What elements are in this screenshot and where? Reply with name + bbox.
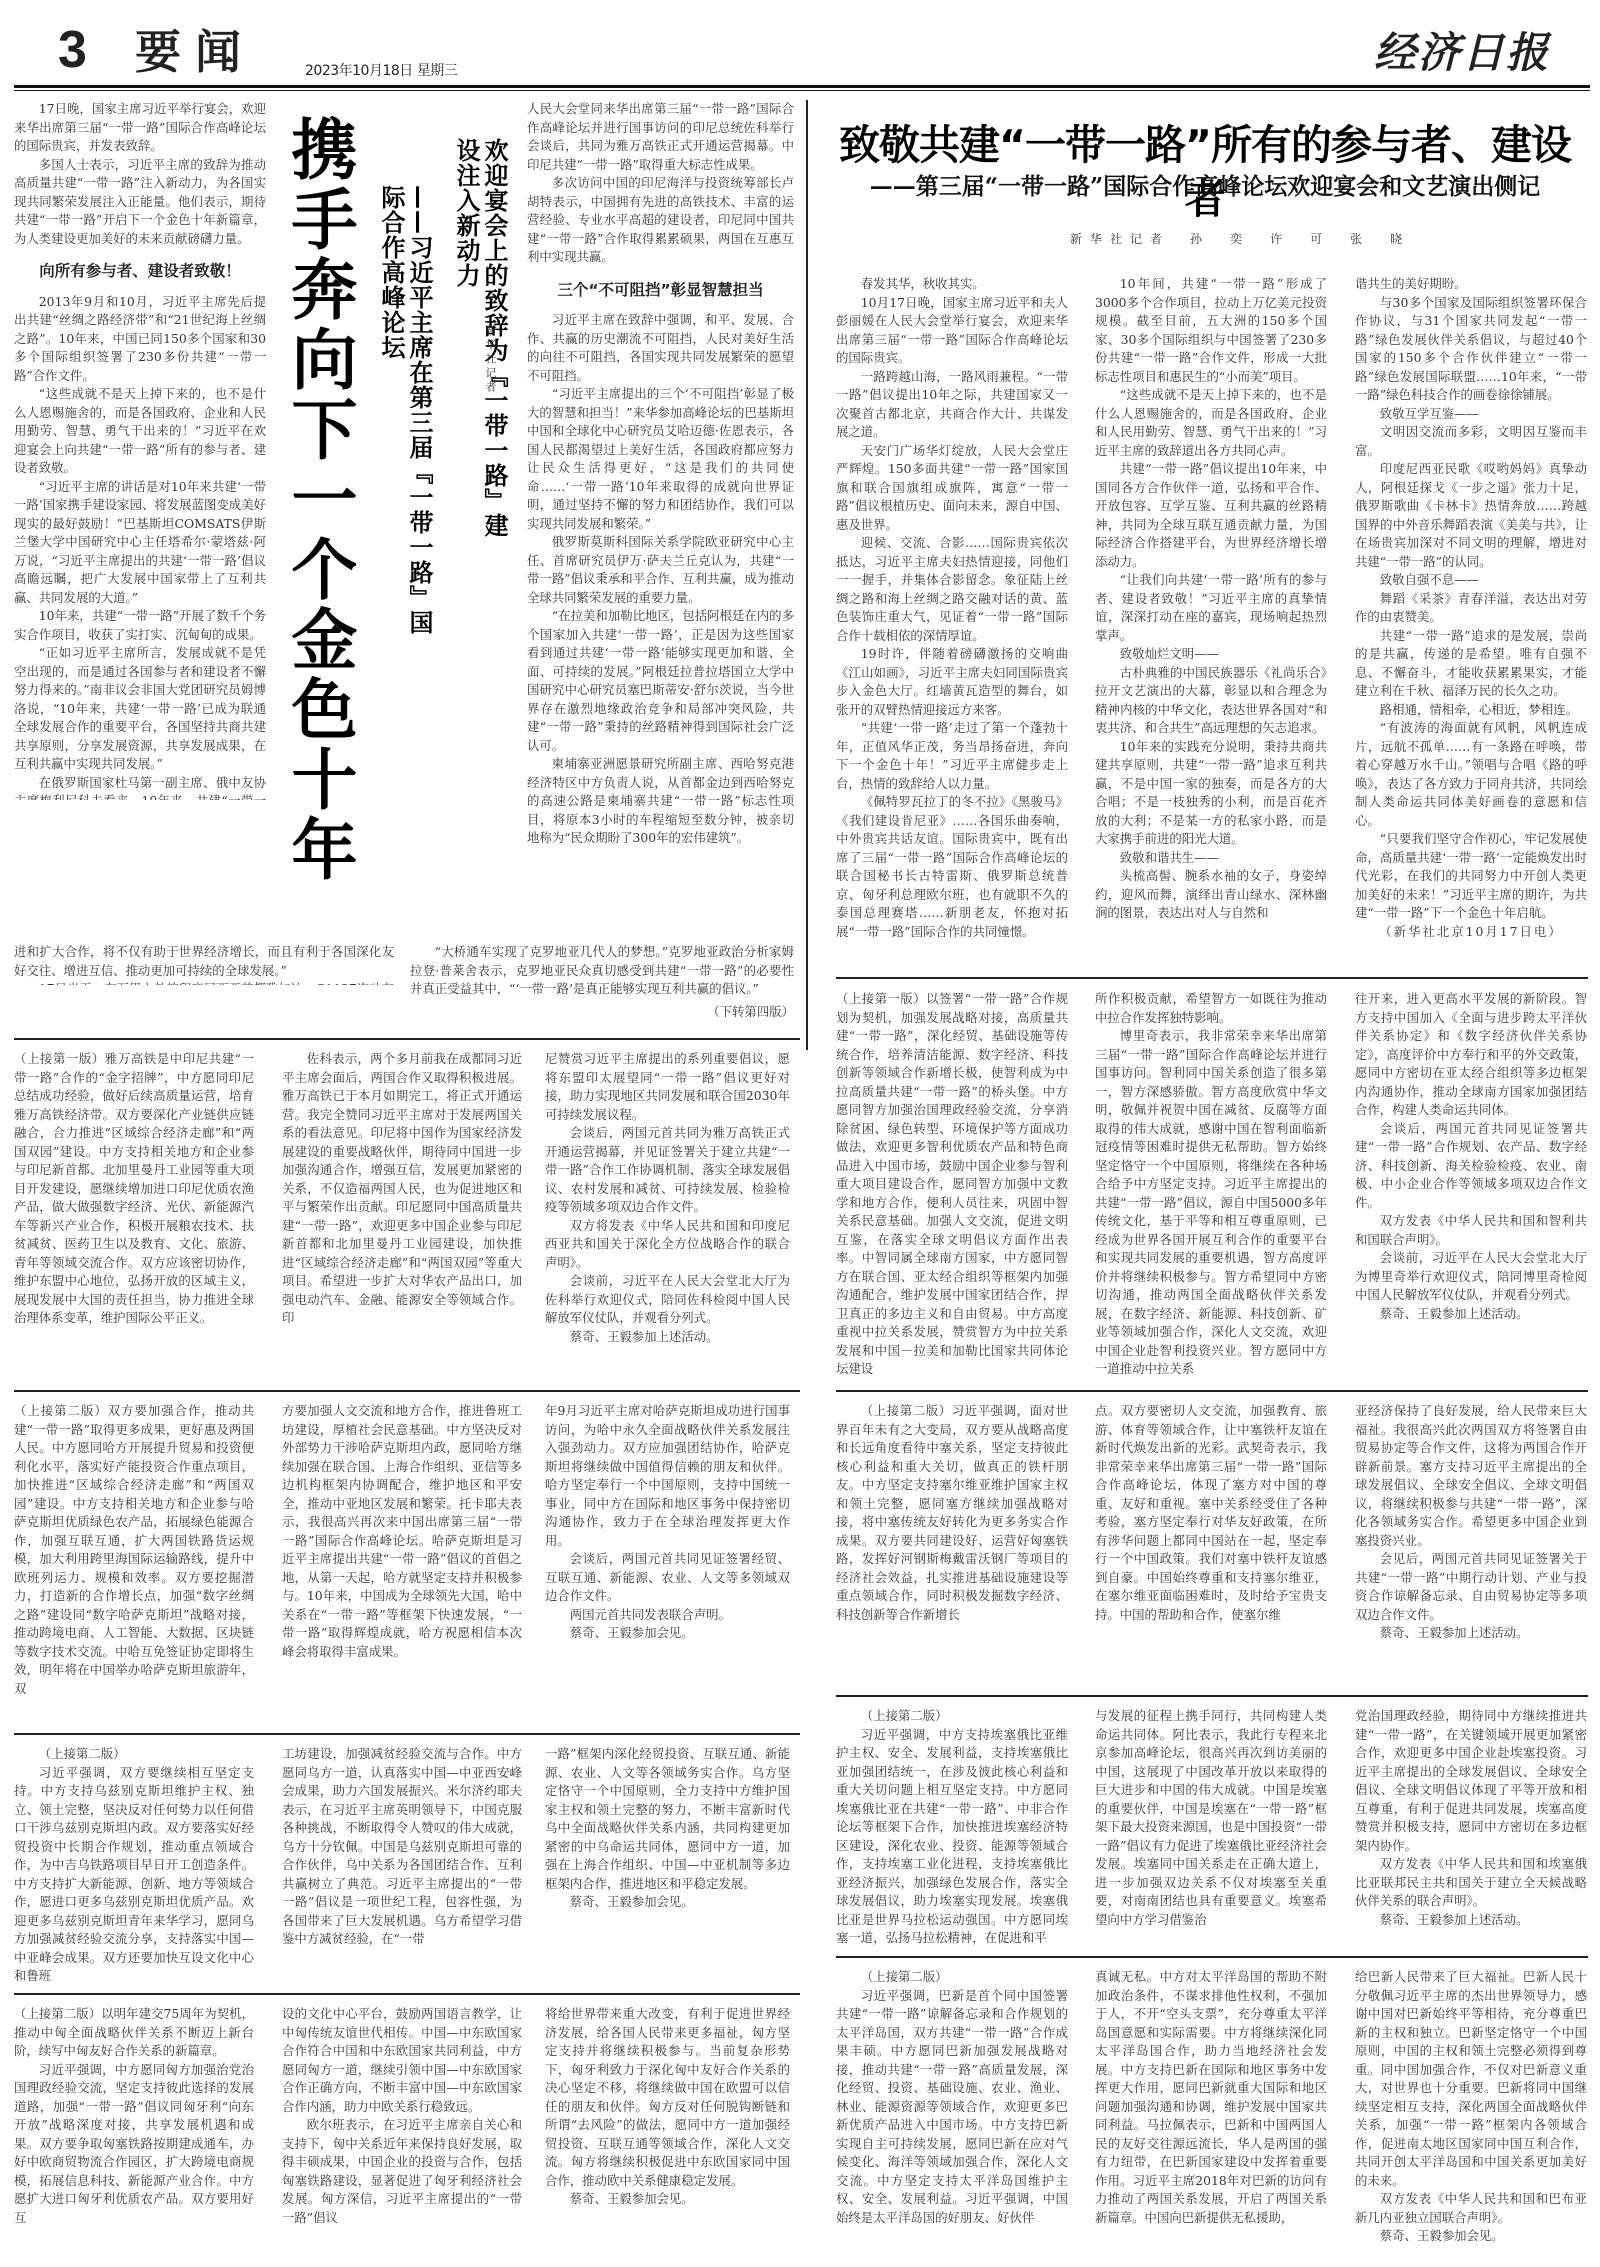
paragraph: 人民大会堂同来华出席第三届“一带一路”国际合作高峰论坛并进行国事访问的印尼总统佐… — [527, 100, 794, 174]
vertical-subheadline-2: ——习近平主席在第三届『一带一路』国际合作高峰论坛 — [377, 185, 433, 645]
issue-date: 2023年10月18日 星期三 — [305, 60, 457, 80]
paragraph: 年9月习近平主席对哈萨克斯坦成功进行国事访问，为哈中永久全面战略伙伴关系发展注入… — [545, 1402, 790, 1550]
paragraph: 会谈前，习近平在人民大会堂北大厅为博里奇举行欢迎仪式，陪同博里奇检阅中国人民解放… — [1355, 1249, 1587, 1305]
paragraph: 会谈后，两国元首共同为雅万高铁正式开通运营揭幕，并见证签署关于建立共建“一带一路… — [545, 1124, 790, 1217]
paragraph: “正如习近平主席所言，发展成就不是凭空出现的，而是通过各国参与者和建设者不懈努力… — [14, 644, 266, 774]
paragraph: “在拉美和加勒比地区，包括阿根廷在内的多个国家加入共建‘一带一路’，正是因为这些… — [527, 607, 794, 755]
subhead-salute: 向所有参与者、建设者致敬！ — [14, 262, 266, 281]
paragraph: 致敬灿烂文明—— — [1095, 645, 1327, 664]
cont-kazakhstan-col3: 年9月习近平主席对哈萨克斯坦成功进行国事访问，为哈中永久全面战略伙伴关系发展注入… — [545, 1402, 790, 1727]
paragraph: 17日晚，国家主席习近平举行宴会，欢迎来华出席第三届“一带一路”国际合作高峰论坛… — [14, 100, 266, 156]
right-article-col2: 10年间，共建“一带一路”形成了3000多个合作项目，拉动上万亿美元投资规模。截… — [1095, 275, 1327, 975]
paragraph: 习近平强调，中方愿同匈方加强治党治国理政经验交流，坚定支持彼此选择的发展道路，加… — [14, 2061, 254, 2228]
divider-right-2 — [836, 1390, 1588, 1392]
paragraph: （上接第二版）双方要加强合作，推动共建“一带一路”取得更多成果，更好惠及两国人民… — [14, 1402, 254, 1698]
cont-hungary-col2: 设的文化中心平台，鼓励两国语言教学，让中匈传统友谊世代相传。中国—中东欧国家合作… — [282, 2005, 522, 2263]
continued-from-label: （上接第二版） — [14, 1745, 254, 1764]
paragraph: 致敬和谐共生—— — [1095, 849, 1327, 868]
paragraph: 给巴新人民带来了巨大福祉。巴新人民十分敬佩习近平主席的杰出世界领导力，感谢中国对… — [1355, 1968, 1587, 2190]
paragraph: 习近平强调，中方支持埃塞俄比亚维护主权、安全、发展利益，支持埃塞俄比亚加强团结统… — [836, 1726, 1068, 1948]
paragraph: 党治国理政经验，期待同中方继续推进共建“一带一路”，在关键领域开展更加紧密合作，… — [1355, 1707, 1587, 1855]
paragraph: 欧尔班表示，在习近平主席亲自关心和支持下，匈中关系近年来保持良好发展，取得丰硕成… — [282, 2116, 522, 2227]
paragraph: 致敬自强不息—— — [1355, 571, 1587, 590]
paragraph: 工坊建设，加强减贫经验交流与合作。中方愿同乌方一道，认真落实中国—中亚西安峰会成… — [282, 1745, 522, 1949]
paragraph: 致敬互学互鉴—— — [1355, 405, 1587, 424]
paragraph: 一路”框架内深化经贸投资、互联互通、新能源、农业、人文等各领域务实合作。乌方坚定… — [545, 1745, 790, 1893]
paragraph: （上接第二版）以明年建交75周年为契机，推动中匈全面战略伙伴关系不断迈上新台阶，… — [14, 2005, 254, 2061]
cont-ethiopia-col2: 与发展的征程上携手同行，共同构建人类命运共同体。阿比表示，我此行专程来北京参加高… — [1095, 1707, 1327, 1952]
paragraph: “习近平主席提出的三个‘不可阻挡’彰显了极大的智慧和担当！”来华参加高峰论坛的巴… — [527, 385, 794, 533]
paragraph: “这些成就不是天上掉下来的，也不是什么人恩赐施舍的，而是各国政府、企业和人民用勤… — [1095, 386, 1327, 460]
paragraph: 与30多个国家及国际组织签署环保合作协议，与31个国家共同发起“一带一路”绿色发… — [1355, 294, 1587, 405]
cont-hungary-col3: 将给世界带来重大改变，有利于促进世界经济发展，给各国人民带来更多福祉，匈方坚定支… — [545, 2005, 790, 2263]
divider-left-3 — [14, 1733, 800, 1735]
paragraph: 蔡奇、王毅参加上述活动。 — [1355, 1624, 1587, 1643]
cont-kazakhstan-col1: （上接第二版）双方要加强合作，推动共建“一带一路”取得更多成果，更好惠及两国人民… — [14, 1402, 254, 1727]
cont-chile-col2: 所作积极贡献，希望智方一如既往为推动中拉合作发挥独特影响。 博里奇表示，我非常荣… — [1095, 990, 1327, 1385]
paragraph: 将给世界带来重大改变，有利于促进世界经济发展，给各国人民带来更多福祉，匈方坚定支… — [545, 2005, 790, 2190]
paragraph: “有波涛的海面就有风帆，风帆连成片，远航不孤单……有一条路在呼唤，带着心穿越万水… — [1355, 719, 1587, 830]
paragraph: 蔡奇、王毅参加会见。 — [545, 2190, 790, 2209]
paragraph: 双方发表《中华人民共和国和埃塞俄比亚联邦民主共和国关于建立全天候战略伙伴关系的联… — [1355, 1855, 1587, 1911]
paragraph: 一路跨越山海，一路风雨兼程。“一带一路”倡议提出10年之际，共建国家又一次聚首古… — [836, 368, 1068, 442]
dateline: （新华社北京10月17日电） — [1355, 923, 1587, 942]
vertical-subheadline-1: 欢迎宴会上的致辞为『一带一路』建设注入新动力 — [452, 138, 508, 558]
continue-to-page-4-link[interactable]: （下转第四版） — [640, 1003, 794, 1022]
cont-hungary-col1: （上接第二版）以明年建交75周年为契机，推动中匈全面战略伙伴关系不断迈上新台阶，… — [14, 2005, 254, 2263]
page-number: 3 — [58, 20, 87, 80]
paragraph: “这些成就不是天上掉下来的，也不是什么人恩赐施舍的，而是各国政府、企业和人民用勤… — [14, 385, 266, 478]
paragraph: 10年来的实践充分说明，秉持共商共建共享原则，共建“一带一路”追求互利共赢，不是… — [1095, 738, 1327, 849]
paragraph: 两国元首共同发表联合声明。 — [545, 1606, 790, 1625]
left-article-col3-wide: “大桥通车实现了克罗地亚几代人的梦想。”克罗地亚政治分析家姆拉登·普莱舍表示，克… — [410, 943, 794, 1003]
continued-from-label: （上接第二版） — [836, 1968, 1068, 1987]
paragraph: 习近平主席在致辞中强调，和平、发展、合作、共赢的历史潮流不可阻挡，人民对美好生活… — [527, 311, 794, 385]
paragraph: 习近平强调，巴新是首个同中国签署共建“一带一路”谅解备忘录和合作规划的太平洋岛国… — [836, 1987, 1068, 2228]
cont-chile-col3: 往开来，进入更高水平发展的新阶段。智方支持中国加入《全面与进步跨太平洋伙伴关系协… — [1355, 990, 1587, 1385]
vertical-byline: 新华社记者 — [483, 325, 497, 405]
main-vertical-headline: 携手奔向下一个金色十年 — [282, 115, 354, 935]
paragraph: 迎候、交流、合影……国际贵宾依次抵达，习近平主席夫妇热情迎接，同他们一一握手，并… — [836, 534, 1068, 645]
paragraph: “让我们向共建‘一带一路’所有的参与者、建设者致敬！”习近平主席的真挚情谊，深深… — [1095, 571, 1327, 645]
paragraph: （上接第一版）雅万高铁是中印尼共建“一带一路”合作的“金字招牌”，中方愿同印尼总… — [14, 1050, 254, 1328]
newspaper-logo: 经济日报 — [1374, 20, 1550, 80]
cont-indonesia-col2: 佐科表示，两个多月前我在成都同习近平主席会面后，两国合作又取得积极进展。雅万高铁… — [282, 1050, 522, 1380]
divider-right-4 — [836, 1956, 1588, 1958]
paragraph: 10月17日晚，国家主席习近平和夫人彭丽媛在人民大会堂举行宴会，欢迎来华出席第三… — [836, 294, 1068, 368]
paragraph: （上接第二版）习近平强调，面对世界百年未有之大变局，双方要从战略高度和长远角度看… — [836, 1402, 1068, 1624]
divider-right-3 — [836, 1695, 1588, 1697]
right-byline: 新华社记者 孙 奕 许 可 张 晓 — [1070, 230, 1410, 247]
paragraph: 双方发表《中华人民共和国和智利共和国联合声明》。 — [1355, 1212, 1587, 1249]
paragraph: 多国人士表示，习近平主席的致辞为推动高质量共建“一带一路”注入新动力，为各国实现… — [14, 156, 266, 249]
paragraph: 双方将发表《中华人民共和国和印度尼西亚共和国关于深化全方位战略合作的联合声明》。 — [545, 1217, 790, 1273]
masthead-rule — [14, 85, 1590, 88]
paragraph: 春发其华，秋收其实。 — [836, 275, 1068, 294]
paragraph: “大桥通车实现了克罗地亚几代人的梦想。”克罗地亚政治分析家姆拉登·普莱舍表示，克… — [410, 943, 794, 999]
paragraph: 佐科表示，两个多月前我在成都同习近平主席会面后，两国合作又取得积极进展。雅万高铁… — [282, 1050, 522, 1328]
paragraph: 10年间，共建“一带一路”形成了3000多个合作项目，拉动上万亿美元投资规模。截… — [1095, 275, 1327, 386]
paragraph: 博里奇表示，我非常荣幸来华出席第三届“一带一路”国际合作高峰论坛并进行国事访问。… — [1095, 1027, 1327, 1379]
paragraph: 舞蹈《采茶》青春洋溢，表达出对劳作的由衷赞美。 — [1355, 590, 1587, 627]
paragraph: 蔡奇、王毅参加上述活动。 — [1355, 1911, 1587, 1930]
divider-left-1 — [14, 1038, 800, 1040]
paragraph: “习近平主席的讲话是对10年来共建‘一带一路’国家携手建设家园、将发展蓝图变成美… — [14, 478, 266, 608]
paragraph: 蔡奇、王毅参加上述活动。 — [545, 1328, 790, 1347]
divider-left-4 — [14, 1993, 800, 1995]
paragraph: 蔡奇、王毅参加上述活动。 — [1355, 1305, 1587, 1324]
continued-from-label: （上接第二版） — [836, 1707, 1068, 1726]
cont-serbia-col1: （上接第二版）习近平强调，面对世界百年未有之大变局，双方要从战略高度和长远角度看… — [836, 1402, 1068, 1690]
paragraph: 多次访问中国的印尼海洋与投资统筹部长卢胡特表示，中国拥有先进的高铁技术、丰富的运… — [527, 174, 794, 267]
divider-right-1 — [836, 977, 1588, 979]
cont-png-col3: 给巴新人民带来了巨大福祉。巴新人民十分敬佩习近平主席的杰出世界领导力，感谢中国对… — [1355, 1968, 1587, 2263]
paragraph: 10年来，共建“一带一路”开展了数千个务实合作项目，收获了实打实、沉甸甸的成果。 — [14, 607, 266, 644]
paragraph: 往开来，进入更高水平发展的新阶段。智方支持中国加入《全面与进步跨太平洋伙伴关系协… — [1355, 990, 1587, 1120]
left-article-wide: 进和扩大合作，将不仅有助于世界经济增长，而且有利于各国深化友好交往、增进互信、推… — [14, 943, 394, 985]
paragraph: 会谈前，习近平在人民大会堂北大厅为佐科举行欢迎仪式，陪同佐科检阅中国人民解放军仪… — [545, 1272, 790, 1328]
subhead-unstoppable: 三个“不可阻挡”彰显智慧担当 — [527, 281, 794, 300]
left-article-col3: 人民大会堂同来华出席第三届“一带一路”国际合作高峰论坛并进行国事访问的印尼总统佐… — [527, 100, 794, 960]
masthead-rule-thin — [14, 90, 1590, 91]
paragraph: 所作积极贡献，希望智方一如既往为推动中拉合作发挥独特影响。 — [1095, 990, 1327, 1027]
cont-uzbekistan-col3: 一路”框架内深化经贸投资、互联互通、新能源、农业、人文等各领域务实合作。乌方坚定… — [545, 1745, 790, 1988]
paragraph: 点。双方要密切人文交流，加强教育、旅游、体育等领域合作，让中塞铁杆友谊在新时代焕… — [1095, 1402, 1327, 1624]
paragraph: 蔡奇、王毅参加会见。 — [1355, 2227, 1587, 2246]
paragraph: 设的文化中心平台，鼓励两国语言教学，让中匈传统友谊世代相传。中国—中东欧国家合作… — [282, 2005, 522, 2116]
paragraph: 头梳高髻、腕系水袖的女子，身姿绰约，迎风而舞，演绎出青山绿水、深林幽涧的图景，表… — [1095, 867, 1327, 923]
paragraph: 方要加强人文交流和地方合作，推进鲁班工坊建设，厚植社会民意基础。中方坚决反对外部… — [282, 1402, 522, 1661]
paragraph: 会见后，两国元首共同见证签署关于共建“一带一路”中期行动计划、产业与投资合作谅解… — [1355, 1550, 1587, 1624]
paragraph: 谐共生的美好期盼。 — [1355, 275, 1587, 294]
section-title: 要闻 — [135, 22, 255, 82]
paragraph: 共建“一带一路”倡议提出10年来，中国同各方合作伙伴一道，弘扬和平合作、开放包容… — [1095, 460, 1327, 571]
divider-left-2 — [14, 1390, 800, 1392]
paragraph: 与发展的征程上携手同行，共同构建人类命运共同体。阿比表示，我此行专程来北京参加高… — [1095, 1707, 1327, 1929]
paragraph: 在俄罗斯国家杜马第一副主席、俄中友协主席梅利尼科夫看来，10年来，共建“一带一路… — [14, 774, 266, 801]
paragraph: “只要我们坚守合作初心，牢记发展使命，高质量共建‘一带一路’一定能焕发出时代光彩… — [1355, 830, 1587, 923]
right-article-col3: 谐共生的美好期盼。 与30多个国家及国际组织签署环保合作协议，与31个国家共同发… — [1355, 275, 1587, 975]
paragraph: 蔡奇、王毅参加会见。 — [545, 1624, 790, 1643]
right-subheadline: ——第三届“一带一路”国际合作高峰论坛欢迎宴会和文艺演出侧记 — [820, 172, 1590, 202]
paragraph: 天安门广场华灯绽放，人民大会堂庄严辉煌。150多面共建“一带一路”国家国旗和联合… — [836, 442, 1068, 535]
paragraph: 《佩特罗瓦拉丁的冬不拉》《黑骏马》《我们建设肯尼亚》……各国乐曲奏响，中外贵宾共… — [836, 793, 1068, 941]
paragraph: 蔡奇、王毅参加会见。 — [545, 1893, 790, 1912]
paragraph: 路相通，情相牵，心相近，梦相连。 — [1355, 701, 1587, 720]
cont-kazakhstan-col2: 方要加强人文交流和地方合作，推进鲁班工坊建设，厚植社会民意基础。中方坚决反对外部… — [282, 1402, 522, 1727]
paragraph: 印度尼西亚民歌《哎哟妈妈》真挚动人，阿根廷探戈《一步之遥》张力十足，俄罗斯歌曲《… — [1355, 460, 1587, 571]
cont-png-col1: （上接第二版） 习近平强调，巴新是首个同中国签署共建“一带一路”谅解备忘录和合作… — [836, 1968, 1068, 2263]
cont-ethiopia-col3: 党治国理政经验，期待同中方继续推进共建“一带一路”，在关键领域开展更加紧密合作，… — [1355, 1707, 1587, 1952]
paragraph: 共建“一带一路”追求的是发展，崇尚的是共赢，传递的是希望。唯有自强不息、不懈奋斗… — [1355, 627, 1587, 701]
cont-serbia-col3: 亚经济保持了良好发展，给人民带来巨大福祉。我很高兴此次两国双方将签署自由贸易协定… — [1355, 1402, 1587, 1690]
paragraph: 双方发表《中华人民共和国和巴布亚新几内亚独立国联合声明》。 — [1355, 2190, 1587, 2227]
paragraph: 会谈后，两国元首共同见证签署经贸、互联互通、新能源、农业、人文等多领域双边合作文… — [545, 1550, 790, 1606]
paragraph: 柬埔寨亚洲愿景研究所副主席、西哈努克港经济特区中方负责人说，从首都金边到西哈努克… — [527, 755, 794, 848]
cont-ethiopia-col1: （上接第二版） 习近平强调，中方支持埃塞俄比亚维护主权、安全、发展利益，支持埃塞… — [836, 1707, 1068, 1952]
left-article-col1: 17日晚，国家主席习近平举行宴会，欢迎来华出席第三届“一带一路”国际合作高峰论坛… — [14, 100, 266, 800]
paragraph: （上接第一版）以签署“一带一路”合作规划为契机，加强发展战略对接，高质量共建“一… — [836, 990, 1068, 1379]
paragraph: 进和扩大合作，将不仅有助于世界经济增长，而且有利于各国深化友好交往、增进互信、推… — [14, 943, 394, 980]
cont-uzbekistan-col2: 工坊建设，加强减贫经验交流与合作。中方愿同乌方一道，认真落实中国—中亚西安峰会成… — [282, 1745, 522, 1988]
paragraph: 亚经济保持了良好发展，给人民带来巨大福祉。我很高兴此次两国双方将签署自由贸易协定… — [1355, 1402, 1587, 1550]
paragraph: 习近平强调，双方要继续相互坚定支持。中方支持乌兹别克斯坦维护主权、独立、领土完整… — [14, 1764, 254, 1986]
paragraph: 古朴典雅的中国民族器乐《礼尚乐合》拉开文艺演出的大幕，彰显以和合理念为精神内核的… — [1095, 664, 1327, 738]
paragraph: 真诚无私。中方对太平洋岛国的帮助不附加政治条件，不谋求排他性权利，不强加于人，不… — [1095, 1968, 1327, 2227]
paragraph: 俄罗斯莫斯科国际关系学院欧亚研究中心主任、首席研究员伊万·萨夫兰丘克认为，共建“… — [527, 533, 794, 607]
paragraph: 17日当天，在万里之外的印度尼西亚首都雅加达，G1137次动车组缓缓驶出哈利姆车… — [14, 980, 394, 985]
right-article-col1: 春发其华，秋收其实。 10月17日晚，国家主席习近平和夫人彭丽媛在人民大会堂举行… — [836, 275, 1068, 975]
center-divider — [806, 100, 808, 1050]
cont-indonesia-col3: 尼赞赏习近平主席提出的系列重要倡议，愿将东盟印太展望同“一带一路”倡议更好对接，… — [545, 1050, 790, 1380]
paragraph: 19时许，伴随着磅礴激扬的交响曲《江山如画》，习近平主席夫妇同国际贵宾步入金色大… — [836, 645, 1068, 719]
paragraph: 2013年9月和10月，习近平主席先后提出共建“丝绸之路经济带”和“21世纪海上… — [14, 293, 266, 386]
paragraph: 文明因交流而多彩，文明因互鉴而丰富。 — [1355, 423, 1587, 460]
cont-uzbekistan-col1: （上接第二版） 习近平强调，双方要继续相互坚定支持。中方支持乌兹别克斯坦维护主权… — [14, 1745, 254, 1988]
masthead: 3 要闻 2023年10月18日 星期三 经济日报 — [0, 0, 1600, 90]
cont-chile-col1: （上接第一版）以签署“一带一路”合作规划为契机，加强发展战略对接，高质量共建“一… — [836, 990, 1068, 1385]
cont-png-col2: 真诚无私。中方对太平洋岛国的帮助不附加政治条件，不谋求排他性权利，不强加于人，不… — [1095, 1968, 1327, 2263]
cont-indonesia-col1: （上接第一版）雅万高铁是中印尼共建“一带一路”合作的“金字招牌”，中方愿同印尼总… — [14, 1050, 254, 1380]
paragraph: 尼赞赏习近平主席提出的系列重要倡议，愿将东盟印太展望同“一带一路”倡议更好对接，… — [545, 1050, 790, 1124]
paragraph: “共建‘一带一路’走过了第一个蓬勃十年，正值风华正茂，务当昂扬奋进，奔向下一个金… — [836, 719, 1068, 793]
continue-note: （下转第四版） — [640, 1003, 794, 1023]
cont-serbia-col2: 点。双方要密切人文交流，加强教育、旅游、体育等领域合作，让中塞铁杆友谊在新时代焕… — [1095, 1402, 1327, 1690]
paragraph: 会谈后，两国元首共同见证签署共建“一带一路”合作规划、农产品、数字经济、科技创新… — [1355, 1120, 1587, 1213]
